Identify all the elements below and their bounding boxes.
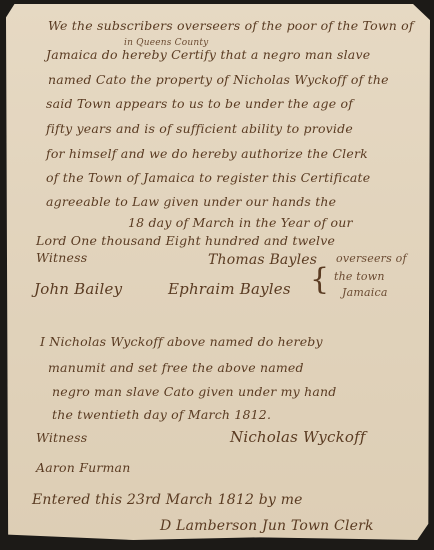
manumission-line-3: negro man slave Cato given under my hand [52, 384, 336, 399]
brace: { [310, 262, 329, 297]
overseer-title-1: overseers of [336, 252, 407, 265]
overseer-title-2: the town [334, 270, 385, 283]
manumission-line-2: manumit and set free the above named [48, 360, 304, 375]
entry-text: Entered this 23rd March 1812 by me [32, 492, 303, 508]
manumission-line-1: I Nicholas Wyckoff above named do hereby [40, 334, 323, 349]
overseer-title-3: Jamaica [342, 286, 388, 299]
text-line-3: named Cato the property of Nicholas Wyck… [48, 72, 389, 87]
text-line-10: Lord One thousand Eight hundred and twel… [36, 233, 335, 248]
text-line-2: Jamaica do hereby Certify that a negro m… [46, 47, 370, 62]
witness-label-2: Witness [36, 430, 87, 445]
text-line-7: of the Town of Jamaica to register this … [46, 170, 370, 185]
clerk-signature: D Lamberson Jun Town Clerk [160, 518, 374, 534]
witness-label-1: Witness [36, 250, 87, 265]
signature-ephraim: Ephraim Bayles [168, 280, 291, 298]
text-line-8: agreeable to Law given under our hands t… [46, 194, 336, 209]
text-line-5: fifty years and is of sufficient ability… [46, 121, 353, 136]
witness-john-bailey: John Bailey [34, 280, 122, 298]
signature-nicholas: Nicholas Wyckoff [230, 428, 366, 446]
text-line-4: said Town appears to us to be under the … [46, 96, 353, 111]
text-line-1: We the subscribers overseers of the poor… [48, 18, 414, 33]
text-line-6: for himself and we do hereby authorize t… [46, 146, 368, 161]
manumission-line-4: the twentieth day of March 1812. [52, 407, 271, 422]
text-line-9: 18 day of March in the Year of our [128, 215, 353, 230]
witness-aaron: Aaron Furman [36, 460, 130, 475]
signature-thomas: Thomas Bayles [208, 252, 317, 268]
